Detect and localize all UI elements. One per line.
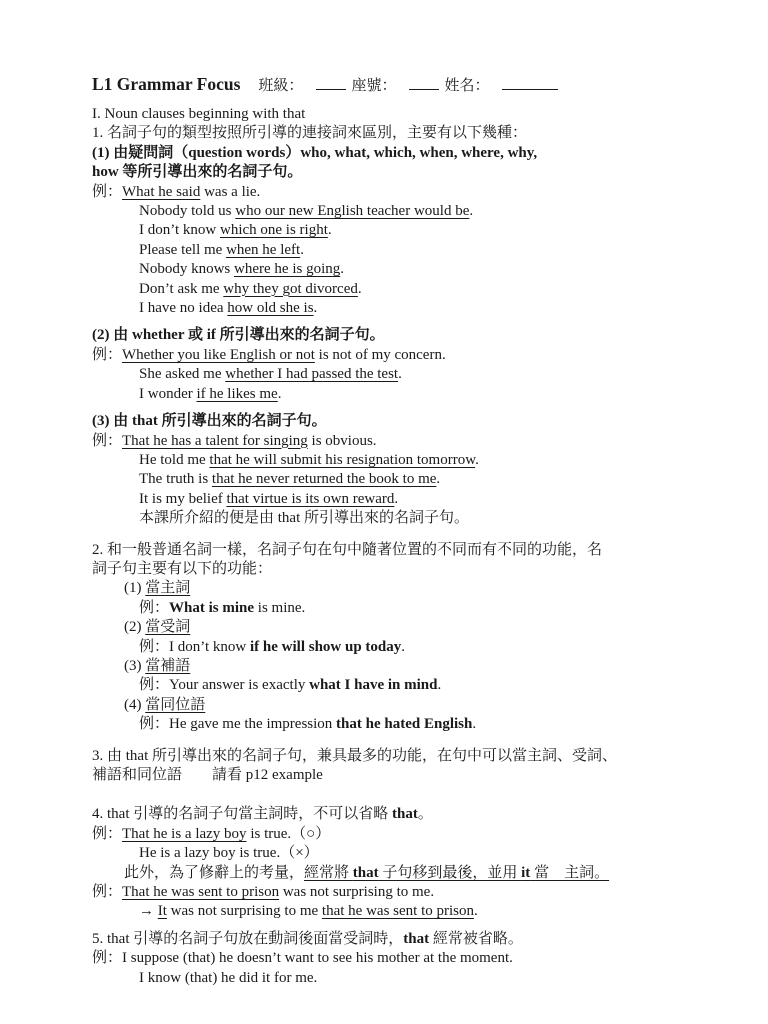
seat-field-label: 座號： bbox=[351, 78, 396, 94]
bold-text: if he will show up today bbox=[250, 639, 401, 655]
bold-text: (3) 由 that 所引導出來的名詞子句。 bbox=[92, 413, 327, 429]
underlined-text: why they got divorced bbox=[223, 281, 358, 297]
text-segment: is obvious. bbox=[308, 433, 377, 449]
text-line: I wonder if he likes me. bbox=[139, 385, 682, 404]
text-segment: 例： bbox=[92, 884, 122, 900]
text-segment: . bbox=[394, 491, 398, 507]
text-line: I. Noun clauses beginning with that bbox=[92, 105, 682, 124]
text-segment: . bbox=[314, 300, 318, 316]
text-segment: 本課所介紹的便是由 that 所引導出來的名詞子句。 bbox=[139, 510, 469, 526]
text-segment: 3. 由 that 所引導出來的名詞子句，兼具最多的功能，在句中可以當主詞、受詞… bbox=[92, 748, 617, 764]
class-blank-line bbox=[316, 76, 346, 90]
bold-text: (2) 由 whether 或 if 所引導出來的名詞子句。 bbox=[92, 327, 385, 343]
text-segment: 此外，為了修辭上的考量， bbox=[124, 865, 304, 881]
underlined-text: That he was sent to prison bbox=[122, 884, 279, 900]
bold-text: (1) 由疑問詞（question words）who, what, which… bbox=[92, 145, 537, 161]
underlined-text: that he never returned the book to me bbox=[212, 471, 437, 487]
seat-blank-line bbox=[409, 76, 439, 90]
text-segment: . bbox=[401, 639, 405, 655]
text-segment: . bbox=[278, 386, 282, 402]
text-line: 補語和同位語 請看 p12 example bbox=[92, 766, 682, 785]
text-segment: 例： bbox=[139, 600, 169, 616]
underlined-text: 子句移到最後，並用 bbox=[379, 865, 522, 881]
text-segment: 詞子句主要有以下的功能： bbox=[92, 561, 272, 577]
underlined-text: if he likes me bbox=[196, 386, 277, 402]
text-segment: 2. 和一般普通名詞一樣，名詞子句在句中隨著位置的不同而有不同的功能，名 bbox=[92, 542, 602, 558]
text-segment: Don’t ask me bbox=[139, 281, 223, 297]
page-title: L1 Grammar Focus bbox=[92, 74, 240, 94]
text-line: Nobody knows where he is going. bbox=[139, 260, 682, 279]
text-line: I have no idea how old she is. bbox=[139, 299, 682, 318]
text-segment: 補語和同位語 請看 p12 example bbox=[92, 767, 323, 783]
text-segment: I wonder bbox=[139, 386, 196, 402]
text-segment: Nobody told us bbox=[139, 203, 235, 219]
text-segment: . bbox=[438, 677, 442, 693]
text-segment: . bbox=[469, 203, 473, 219]
text-segment: is not of my concern. bbox=[315, 347, 446, 363]
underlined-text: 當補語 bbox=[145, 658, 190, 674]
bold-text: how 等所引導出來的名詞子句。 bbox=[92, 164, 302, 180]
text-line: Nobody told us who our new English teach… bbox=[139, 202, 682, 221]
text-line: He is a lazy boy is true.（×） bbox=[139, 844, 682, 863]
text-segment: was not surprising to me bbox=[167, 903, 322, 919]
underlined-text: where he is going bbox=[234, 261, 340, 277]
underlined-text: That he is a lazy boy bbox=[122, 826, 247, 842]
text-segment: He told me bbox=[139, 452, 209, 468]
text-line: 例：What is mine is mine. bbox=[139, 599, 682, 618]
underlined-text: whether I had passed the test bbox=[225, 366, 398, 382]
text-segment: . bbox=[472, 716, 476, 732]
text-segment: 5. that 引導的名詞子句放在動詞後面當受詞時， bbox=[92, 931, 403, 947]
text-segment: is mine. bbox=[254, 600, 305, 616]
underlined-text: 當主詞 bbox=[145, 580, 190, 596]
text-segment: . bbox=[300, 242, 304, 258]
text-line: (2) 由 whether 或 if 所引導出來的名詞子句。 bbox=[92, 326, 682, 345]
text-line: 例：I don’t know if he will show up today. bbox=[139, 638, 682, 657]
text-segment: 例： bbox=[92, 347, 122, 363]
text-line: Please tell me when he left. bbox=[139, 241, 682, 260]
text-segment: was not surprising to me. bbox=[279, 884, 434, 900]
name-field-label: 姓名： bbox=[444, 78, 489, 94]
document-page: L1 Grammar Focus班級：座號：姓名： I. Noun clause… bbox=[92, 74, 682, 988]
text-segment: The truth is bbox=[139, 471, 212, 487]
text-segment: Please tell me bbox=[139, 242, 226, 258]
bold-text: what I have in mind bbox=[309, 677, 437, 693]
document-header: L1 Grammar Focus班級：座號：姓名： bbox=[92, 74, 682, 95]
text-segment: 例：I suppose (that) he doesn’t want to se… bbox=[92, 950, 513, 966]
text-segment: I have no idea bbox=[139, 300, 227, 316]
text-segment: 1. 名詞子句的類型按照所引導的連接詞來區別，主要有以下幾種： bbox=[92, 125, 527, 141]
underlined-text: 當同位語 bbox=[145, 697, 205, 713]
name-blank-line bbox=[502, 76, 558, 90]
underlined-text: Whether you like English or not bbox=[122, 347, 315, 363]
text-segment: . bbox=[436, 471, 440, 487]
text-line: I know (that) he did it for me. bbox=[139, 969, 682, 988]
text-line: → It was not surprising to me that he wa… bbox=[139, 902, 682, 921]
text-line: 2. 和一般普通名詞一樣，名詞子句在句中隨著位置的不同而有不同的功能，名 bbox=[92, 541, 682, 560]
underlined-text: 當受詞 bbox=[145, 619, 190, 635]
text-segment: . bbox=[358, 281, 362, 297]
text-segment: . bbox=[474, 903, 478, 919]
bold-text: that bbox=[403, 931, 429, 947]
underlined-text: That he has a talent for singing bbox=[122, 433, 308, 449]
text-line: 例：Your answer is exactly what I have in … bbox=[139, 676, 682, 695]
underlined-text: when he left bbox=[226, 242, 300, 258]
text-segment: 例：He gave me the impression bbox=[139, 716, 336, 732]
text-line: (3) 由 that 所引導出來的名詞子句。 bbox=[92, 412, 682, 431]
text-segment: (1) bbox=[124, 580, 145, 596]
text-segment: (2) bbox=[124, 619, 145, 635]
underlined-text: who our new English teacher would be bbox=[235, 203, 469, 219]
underlined-text: which one is right bbox=[220, 222, 328, 238]
text-line: 例：What he said was a lie. bbox=[92, 183, 682, 202]
text-segment: It is my belief bbox=[139, 491, 226, 507]
text-line: 例：I suppose (that) he doesn’t want to se… bbox=[92, 949, 682, 968]
text-line: I don’t know which one is right. bbox=[139, 221, 682, 240]
text-line: (2) 當受詞 bbox=[124, 618, 682, 637]
text-segment: 例：Your answer is exactly bbox=[139, 677, 309, 693]
text-segment: I know (that) he did it for me. bbox=[139, 970, 317, 986]
class-field-label: 班級： bbox=[258, 78, 303, 94]
text-segment: 經常被省略。 bbox=[429, 931, 523, 947]
text-segment: 。 bbox=[418, 806, 433, 822]
bold-text: that he hated English bbox=[336, 716, 472, 732]
underlined-text: that he will submit his resignation tomo… bbox=[209, 452, 475, 468]
text-segment: 例： bbox=[92, 184, 122, 200]
text-line: 1. 名詞子句的類型按照所引導的連接詞來區別，主要有以下幾種： bbox=[92, 124, 682, 143]
text-segment: 例： bbox=[92, 826, 122, 842]
text-line: 例：That he was sent to prison was not sur… bbox=[92, 883, 682, 902]
underlined-text: It bbox=[158, 903, 167, 919]
underlined-text: 經常將 bbox=[304, 865, 353, 881]
underlined-text: it bbox=[521, 865, 530, 881]
text-line: 例：That he is a lazy boy is true.（○） bbox=[92, 825, 682, 844]
text-segment: I. Noun clauses beginning with that bbox=[92, 106, 305, 122]
text-segment: was a lie. bbox=[200, 184, 260, 200]
text-line: 此外，為了修辭上的考量，經常將 that 子句移到最後，並用 it 當 主詞。 bbox=[124, 864, 682, 883]
text-line: (4) 當同位語 bbox=[124, 696, 682, 715]
text-line: 詞子句主要有以下的功能： bbox=[92, 560, 682, 579]
document-body: I. Noun clauses beginning with that1. 名詞… bbox=[92, 105, 682, 988]
text-line: 5. that 引導的名詞子句放在動詞後面當受詞時，that 經常被省略。 bbox=[92, 930, 682, 949]
underlined-text: how old she is bbox=[227, 300, 313, 316]
text-segment: . bbox=[475, 452, 479, 468]
bold-text: What is mine bbox=[169, 600, 254, 616]
text-line: She asked me whether I had passed the te… bbox=[139, 365, 682, 384]
text-segment: She asked me bbox=[139, 366, 225, 382]
text-segment: Nobody knows bbox=[139, 261, 234, 277]
text-segment: is true.（○） bbox=[247, 826, 331, 842]
text-segment: He is a lazy boy is true.（×） bbox=[139, 845, 319, 861]
underlined-text: 當 主詞。 bbox=[530, 865, 609, 881]
text-line: Don’t ask me why they got divorced. bbox=[139, 280, 682, 299]
text-segment: → bbox=[139, 903, 158, 919]
text-line: (3) 當補語 bbox=[124, 657, 682, 676]
text-segment: (3) bbox=[124, 658, 145, 674]
text-line: It is my belief that virtue is its own r… bbox=[139, 490, 682, 509]
text-segment: . bbox=[398, 366, 402, 382]
text-line: how 等所引導出來的名詞子句。 bbox=[92, 163, 682, 182]
text-line: 例：Whether you like English or not is not… bbox=[92, 346, 682, 365]
text-segment: (4) bbox=[124, 697, 145, 713]
underlined-text: that virtue is its own reward bbox=[226, 491, 394, 507]
text-segment: I don’t know bbox=[139, 222, 220, 238]
text-line: (1) 由疑問詞（question words）who, what, which… bbox=[92, 144, 682, 163]
text-segment: . bbox=[328, 222, 332, 238]
text-segment: 4. that 引導的名詞子句當主詞時，不可以省略 bbox=[92, 806, 392, 822]
text-line: The truth is that he never returned the … bbox=[139, 470, 682, 489]
bold-text: that bbox=[392, 806, 418, 822]
underlined-text: that he was sent to prison bbox=[322, 903, 474, 919]
text-line: 本課所介紹的便是由 that 所引導出來的名詞子句。 bbox=[139, 509, 682, 528]
text-segment: . bbox=[340, 261, 344, 277]
text-line: 4. that 引導的名詞子句當主詞時，不可以省略 that。 bbox=[92, 805, 682, 824]
text-line: 例：He gave me the impression that he hate… bbox=[139, 715, 682, 734]
text-line: 3. 由 that 所引導出來的名詞子句，兼具最多的功能，在句中可以當主詞、受詞… bbox=[92, 747, 682, 766]
text-line: (1) 當主詞 bbox=[124, 579, 682, 598]
underlined-text: What he said bbox=[122, 184, 200, 200]
text-segment: 例： bbox=[92, 433, 122, 449]
underlined-text: that bbox=[353, 865, 379, 881]
text-line: He told me that he will submit his resig… bbox=[139, 451, 682, 470]
text-segment: 例：I don’t know bbox=[139, 639, 250, 655]
text-line: 例：That he has a talent for singing is ob… bbox=[92, 432, 682, 451]
